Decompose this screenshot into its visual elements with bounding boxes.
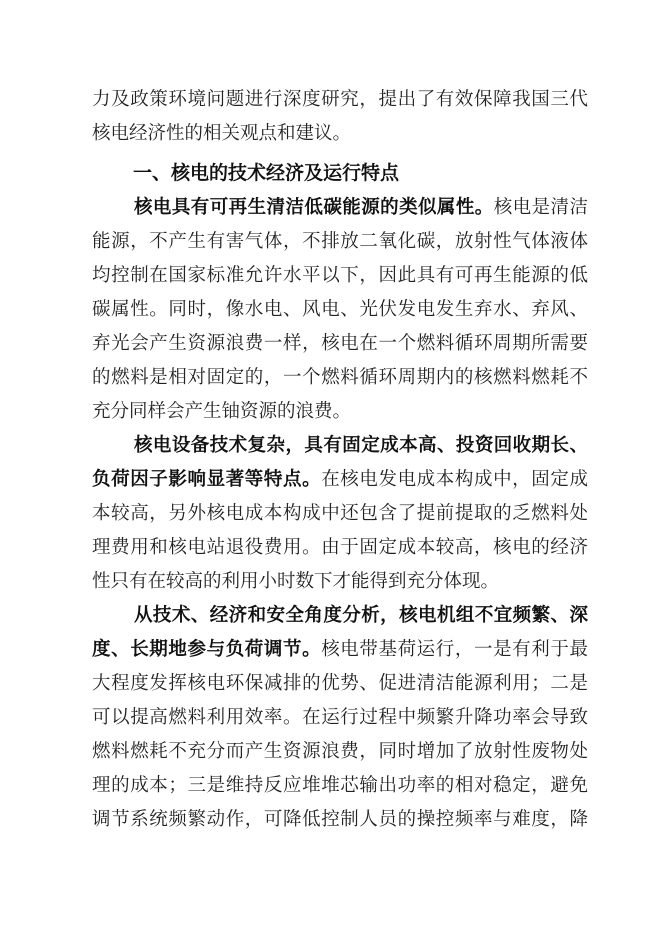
text-line: 能源，不产生有害气体，不排放二氧化碳，放射性气体液体	[92, 225, 588, 259]
text-line: 的燃料是相对固定的，一个燃料循环周期内的核燃料燃耗不	[92, 361, 588, 395]
body-text-segment: 力及政策环境问题进行深度研究，提出了有效保障我国三代	[92, 90, 588, 110]
lead-bold-segment: 核电具有可再生清洁低碳能源的类似属性。	[134, 198, 494, 218]
text-line: 本较高，另外核电成本构成中还包含了提前提取的乏燃料处	[92, 497, 588, 531]
body-text-segment: 调节系统频繁动作，可降低控制人员的操控频率与难度，降	[92, 810, 588, 830]
text-line: 核电经济性的相关观点和建议。	[92, 117, 588, 151]
body-text-segment: 弃光会产生资源浪费一样，核电在一个燃料循环周期所需要	[92, 334, 588, 354]
body-text-segment: 能源，不产生有害气体，不排放二氧化碳，放射性气体液体	[92, 232, 588, 252]
lead-bold-segment: 从技术、经济和安全角度分析，核电机组不宜频繁、深	[134, 606, 588, 626]
text-line: 度、长期地参与负荷调节。核电带基荷运行，一是有利于最	[92, 633, 588, 667]
body-text-segment: 核电带基荷运行，一是有利于最	[321, 640, 588, 660]
text-line: 调节系统频繁动作，可降低控制人员的操控频率与难度，降	[92, 803, 588, 837]
body-text-segment: 理的成本；三是维持反应堆堆芯输出功率的相对稳定，避免	[92, 776, 588, 796]
text-line: 从技术、经济和安全角度分析，核电机组不宜频繁、深	[92, 599, 588, 633]
lead-bold-segment: 负荷因子影响显著等特点。	[92, 470, 321, 490]
paragraph-clean-energy: 核电具有可再生清洁低碳能源的类似属性。核电是清洁 能源，不产生有害气体，不排放二…	[92, 191, 588, 429]
text-line: 负荷因子影响显著等特点。在核电发电成本构成中，固定成	[92, 463, 588, 497]
body-text-segment: 核电经济性的相关观点和建议。	[92, 124, 351, 144]
body-text-segment: 可以提高燃料利用效率。在运行过程中频繁升降功率会导致	[92, 708, 588, 728]
document-page: 力及政策环境问题进行深度研究，提出了有效保障我国三代 核电经济性的相关观点和建议…	[0, 0, 656, 925]
paragraph-load-following: 从技术、经济和安全角度分析，核电机组不宜频繁、深 度、长期地参与负荷调节。核电带…	[92, 599, 588, 837]
body-text-segment: 本较高，另外核电成本构成中还包含了提前提取的乏燃料处	[92, 504, 588, 524]
text-line: 均控制在国家标准允许水平以下，因此具有可再生能源的低	[92, 259, 588, 293]
section-heading: 一、核电的技术经济及运行特点	[92, 157, 588, 191]
text-line: 大程度发挥核电环保减排的优势、促进清洁能源利用；二是	[92, 667, 588, 701]
text-line: 碳属性。同时，像水电、风电、光伏发电发生弃水、弃风、	[92, 293, 588, 327]
body-text-segment: 核电是清洁	[494, 198, 588, 218]
text-line: 可以提高燃料利用效率。在运行过程中频繁升降功率会导致	[92, 701, 588, 735]
paragraph-continuation: 力及政策环境问题进行深度研究，提出了有效保障我国三代 核电经济性的相关观点和建议…	[92, 83, 588, 151]
lead-bold-segment: 核电设备技术复杂，具有固定成本高、投资回收期长、	[134, 436, 588, 456]
body-text-segment: 充分同样会产生铀资源的浪费。	[92, 402, 351, 422]
body-text-segment: 均控制在国家标准允许水平以下，因此具有可再生能源的低	[92, 266, 588, 286]
lead-bold-segment: 度、长期地参与负荷调节。	[92, 640, 321, 660]
body-text-segment: 燃料燃耗不充分而产生资源浪费，同时增加了放射性废物处	[92, 742, 588, 762]
body-text-segment: 性只有在较高的利用小时数下才能得到充分体现。	[92, 572, 499, 592]
text-line: 弃光会产生资源浪费一样，核电在一个燃料循环周期所需要	[92, 327, 588, 361]
text-line: 核电具有可再生清洁低碳能源的类似属性。核电是清洁	[92, 191, 588, 225]
body-text-segment: 大程度发挥核电环保减排的优势、促进清洁能源利用；二是	[92, 674, 588, 694]
text-line: 充分同样会产生铀资源的浪费。	[92, 395, 588, 429]
text-line: 性只有在较高的利用小时数下才能得到充分体现。	[92, 565, 588, 599]
body-text-segment: 碳属性。同时，像水电、风电、光伏发电发生弃水、弃风、	[92, 300, 588, 320]
body-text-segment: 在核电发电成本构成中，固定成	[321, 470, 588, 490]
text-line: 理费用和核电站退役费用。由于固定成本较高，核电的经济	[92, 531, 588, 565]
text-line: 理的成本；三是维持反应堆堆芯输出功率的相对稳定，避免	[92, 769, 588, 803]
text-line: 燃料燃耗不充分而产生资源浪费，同时增加了放射性废物处	[92, 735, 588, 769]
text-line: 力及政策环境问题进行深度研究，提出了有效保障我国三代	[92, 83, 588, 117]
text-line: 核电设备技术复杂，具有固定成本高、投资回收期长、	[92, 429, 588, 463]
body-text-segment: 理费用和核电站退役费用。由于固定成本较高，核电的经济	[92, 538, 588, 558]
paragraph-cost-structure: 核电设备技术复杂，具有固定成本高、投资回收期长、 负荷因子影响显著等特点。在核电…	[92, 429, 588, 599]
body-text-segment: 的燃料是相对固定的，一个燃料循环周期内的核燃料燃耗不	[92, 368, 588, 388]
